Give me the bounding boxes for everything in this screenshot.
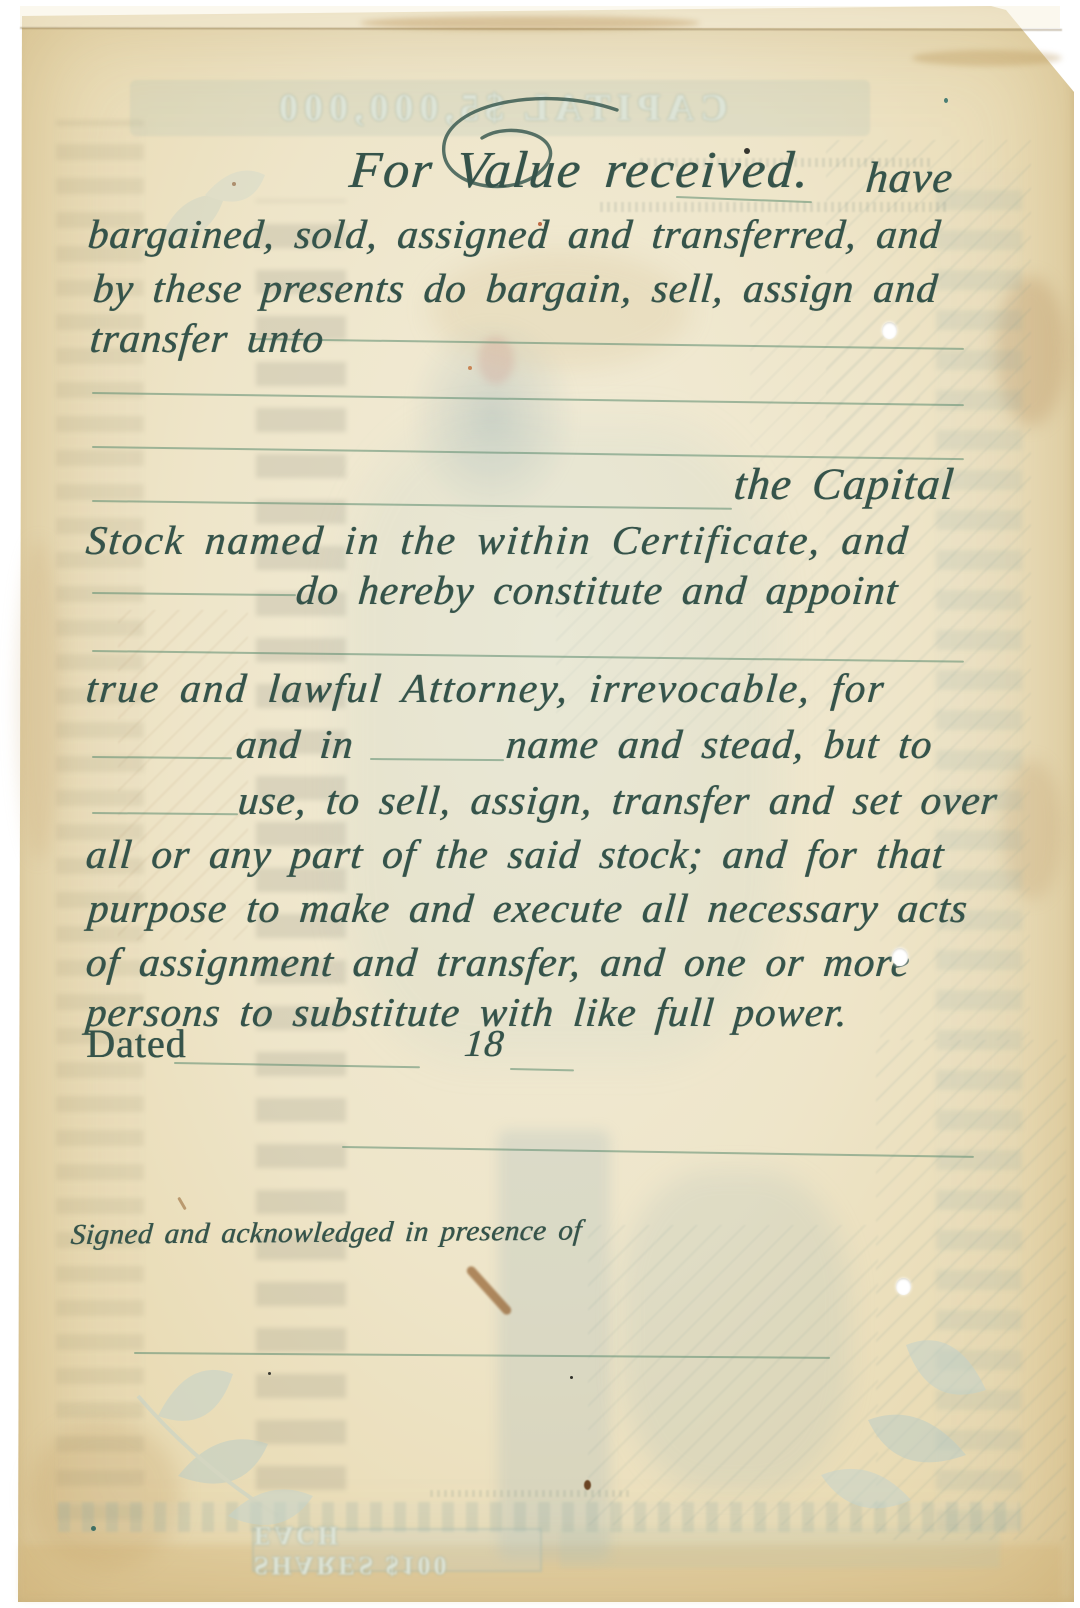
paper-sheet — [16, 4, 1074, 1602]
speck-rust-1 — [538, 222, 542, 226]
speck-brown-small — [232, 182, 236, 186]
speck-dark-top — [744, 148, 750, 154]
stain-right-edge — [996, 276, 1066, 426]
punch-hole-3 — [896, 1278, 911, 1295]
speck-rust-2 — [468, 366, 472, 370]
punch-hole-2 — [892, 948, 908, 966]
speck-teal-top-right — [944, 98, 948, 103]
stain-left-edge — [16, 540, 62, 860]
punch-hole-1 — [882, 322, 897, 339]
scanned-stock-transfer-document: CAPITAL $5,000,000 SHARES $100 EACH — [0, 0, 1080, 1608]
speck-dark-bottom-center — [584, 1480, 591, 1490]
stain-bottom-band — [20, 1545, 1062, 1600]
speck-teal-bottom-left — [91, 1526, 96, 1531]
crease-stain — [360, 16, 700, 30]
stain-right-edge-2 — [1002, 760, 1062, 900]
stain-top-right — [912, 50, 1062, 66]
stain-center-wash — [430, 250, 690, 370]
speck-dark-2 — [570, 1376, 573, 1379]
speck-dark-1 — [268, 1372, 271, 1375]
